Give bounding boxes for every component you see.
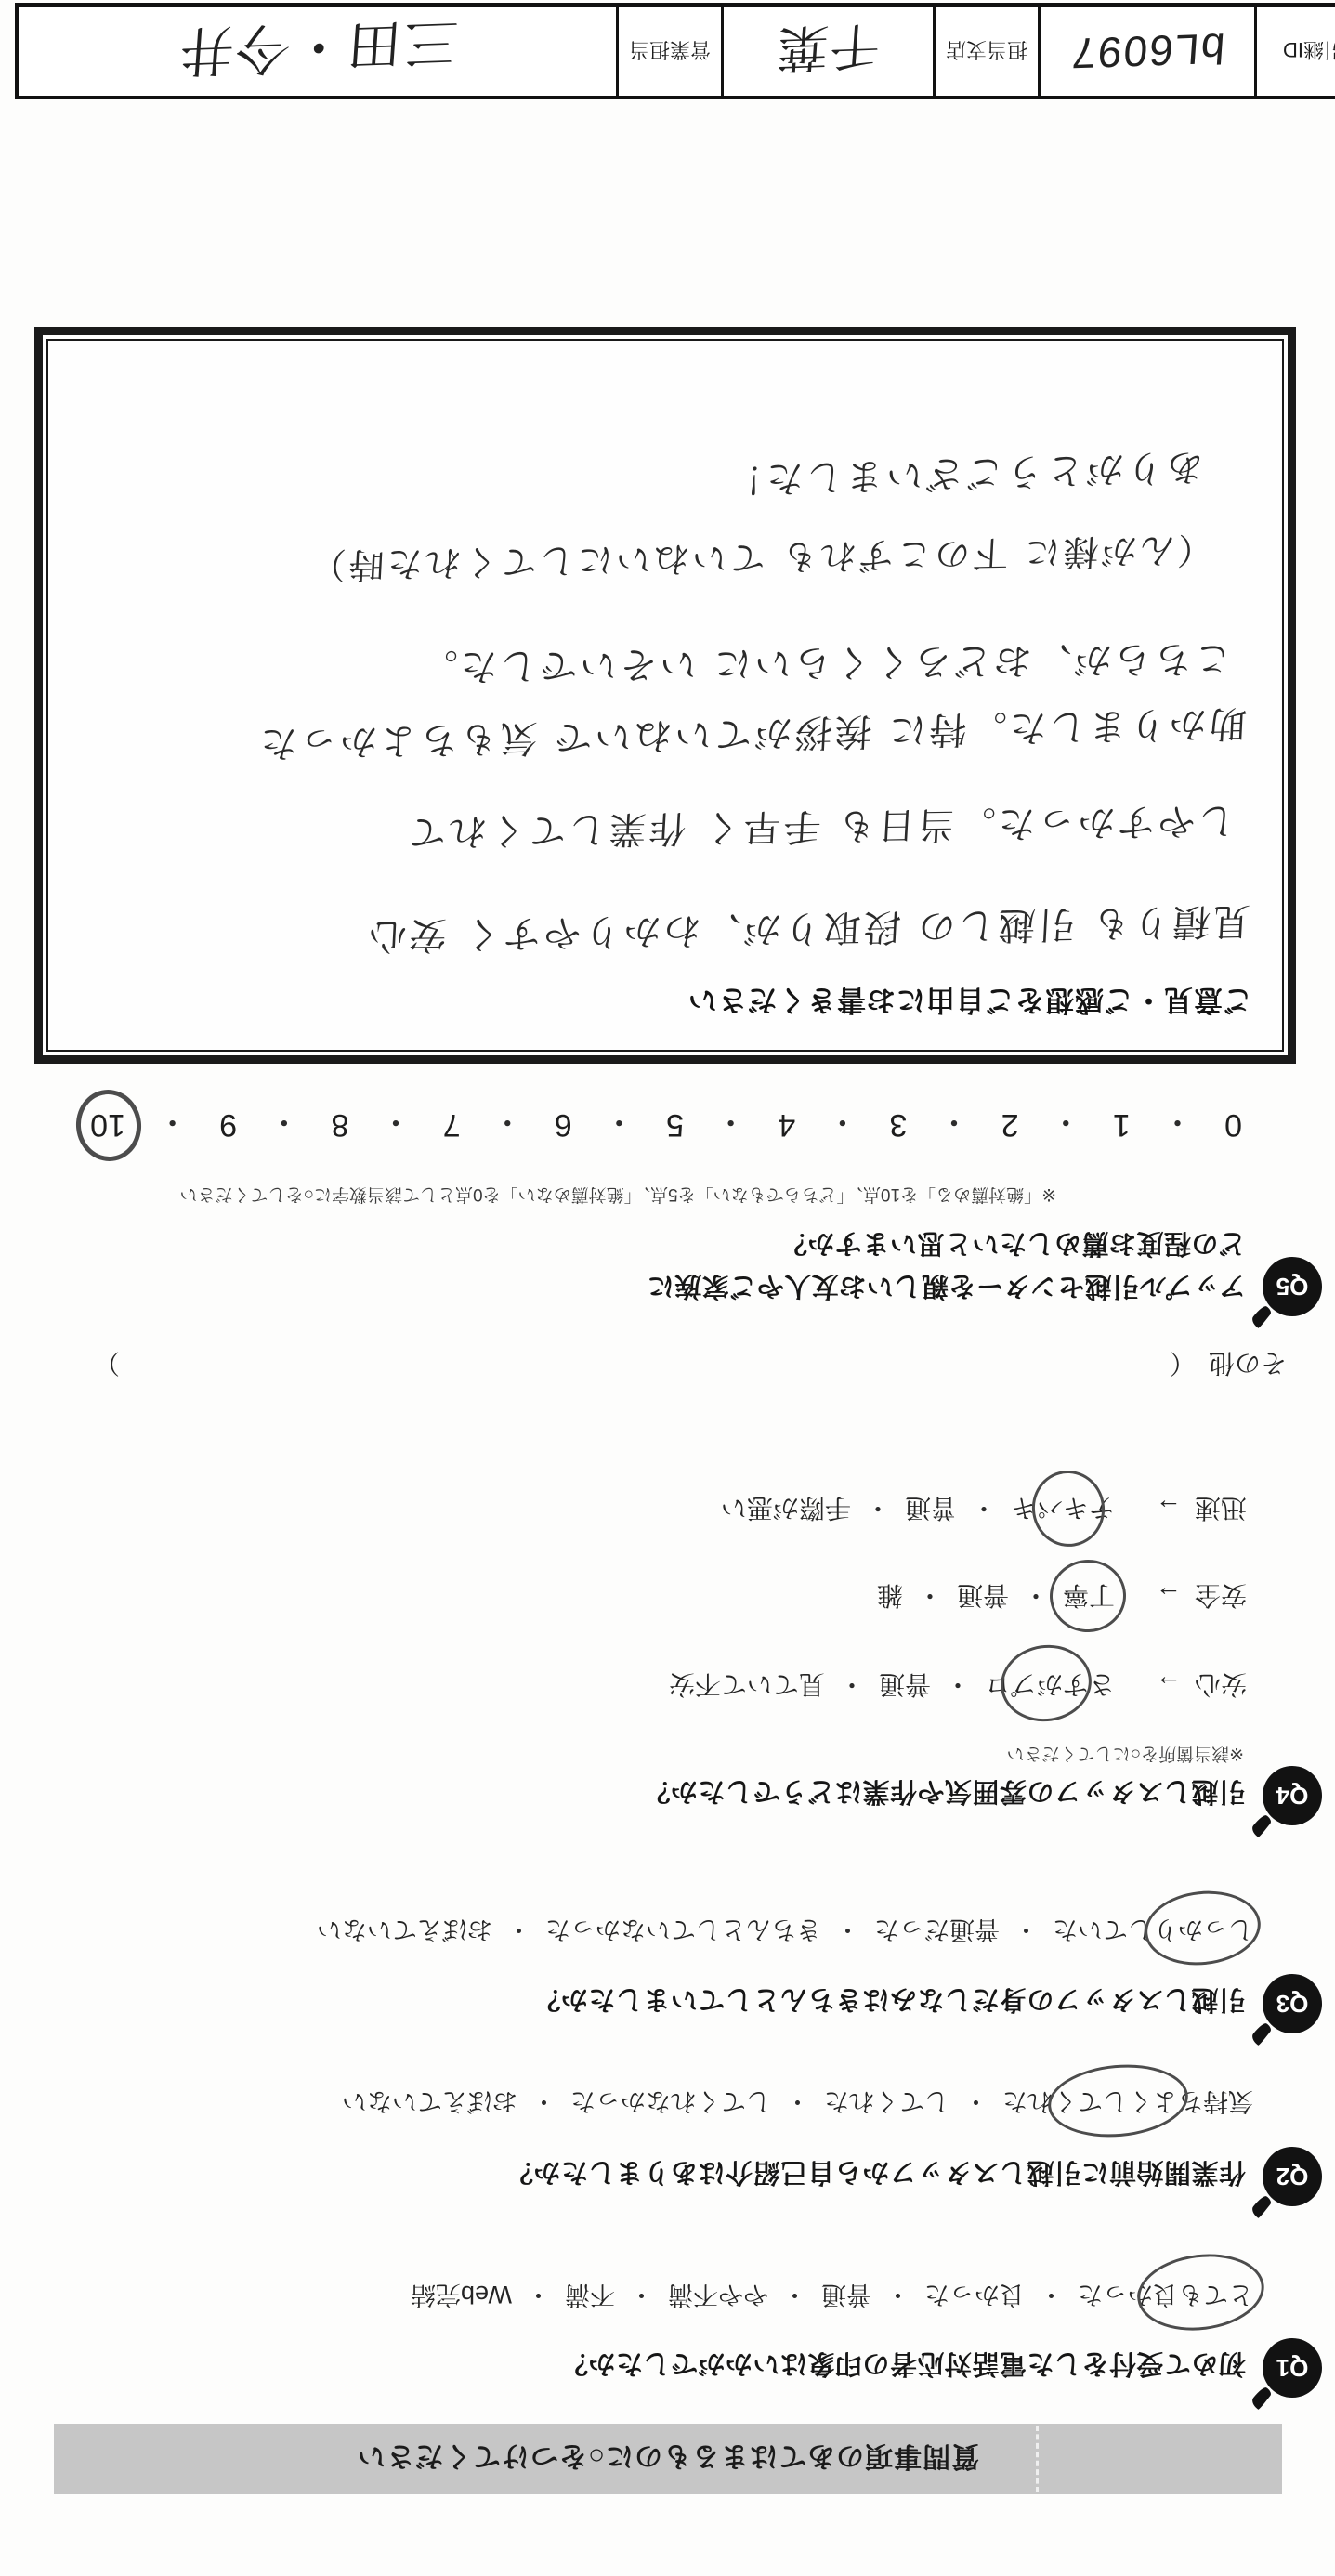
q5-question-line2: どの程度お薦めしたいと思いますか？ [779, 1226, 1246, 1264]
q1-question: 初めて受付をした電話対応者の印象はいかがでしたか？ [560, 2347, 1246, 2385]
q1-option: やや不満 [668, 2281, 768, 2308]
scale-separator: ・ [827, 1102, 858, 1147]
scale-separator: ・ [715, 1102, 747, 1147]
q1-badge-label: Q1 [1276, 2354, 1309, 2383]
option-separator: ・ [971, 1494, 997, 1523]
scale-value: 8 [331, 1106, 348, 1143]
option-separator: ・ [945, 1670, 971, 1699]
q1-option: 普通 [821, 2281, 871, 2308]
option-separator: ・ [839, 1670, 865, 1699]
q5-nps-scale: 0・1・2・3・4・5・6・7・8・9・10 [90, 1102, 1242, 1147]
instruction-bar: 質問事項のあてはまるものに○をつけてください [54, 2424, 1282, 2494]
instruction-text: 質問事項のあてはまるものに○をつけてください [357, 2439, 979, 2479]
q4-row-option: 普通 [957, 1581, 1009, 1610]
q4-row-label: 安全 [1195, 1581, 1247, 1610]
option-separator: ・ [1023, 1581, 1049, 1610]
option-separator: ・ [963, 2087, 988, 2115]
option-separator: ・ [782, 2281, 807, 2308]
q2-option: してくれた [824, 2087, 949, 2115]
q4-question: 引越しスタッフの雰囲気や作業はどうでしたか？ [643, 1774, 1246, 1812]
q4-row-label: 安心 [1195, 1670, 1247, 1699]
arrow-icon: → [1156, 1494, 1182, 1523]
handoff-value-id: bL6097 [1038, 7, 1254, 96]
q1-option: 不満 [565, 2281, 615, 2308]
q4-other-label: その他 [1209, 1349, 1287, 1378]
handoff-value-sales: 三田・今井 [19, 7, 616, 96]
option-separator: ・ [885, 2281, 910, 2308]
q2-badge: Q2 [1263, 2147, 1322, 2206]
perforation-dashed-line [1036, 2426, 1039, 2492]
q2-options: 気持ちよくしてくれた・してくれた・してくれなかった・おぼえていない [342, 2086, 1253, 2122]
q1-options: とても良かった・良かった・普通・やや不満・不満・Web完結 [411, 2279, 1253, 2315]
scale-separator: ・ [603, 1102, 635, 1147]
q4-row-option: 普通 [905, 1494, 957, 1523]
q2-option: おぼえていない [342, 2087, 517, 2115]
q4-row-option-circled: テキパキ [1011, 1491, 1115, 1528]
q1-badge: Q1 [1263, 2338, 1322, 2398]
scale-value: 9 [219, 1106, 237, 1143]
q4-badge: Q4 [1263, 1766, 1322, 1825]
q5-question-line1: アップル引越センターを親しいお友人やご家族に [647, 1269, 1246, 1307]
scale-separator: ・ [1161, 1102, 1193, 1147]
arrow-icon: → [1156, 1670, 1182, 1699]
q4-row-anzen: 安全→丁寧・普通・雑 [877, 1578, 1247, 1615]
q2-option: してくれなかった [570, 2087, 771, 2115]
q4-row-jinsoku: 迅速→テキパキ・普通・手際が悪い [721, 1491, 1247, 1528]
q3-option-circled: しっかりしていた [1053, 1914, 1253, 1950]
q3-options: しっかりしていた・普通だった・きちんとしていなかった・おぼえていない [317, 1914, 1253, 1950]
q2-question: 作業開始前に引越しスタッフから自己紹介はありましたか？ [505, 2155, 1246, 2193]
handwritten-comment-line: こちらが、おどろくくらいに いそいでした。 [415, 634, 1233, 696]
option-separator: ・ [1014, 1916, 1039, 1943]
scanned-survey-sheet: 質問事項のあてはまるものに○をつけてください Q1 初めて受付をした電話対応者の… [0, 0, 1335, 2576]
handoff-table: 引継ID bL6097 担当支店 千葉 営業担当 三田・今井 [15, 3, 1335, 99]
q3-badge: Q3 [1263, 1974, 1322, 2033]
handoff-value-branch: 千葉 [721, 7, 933, 96]
arrow-icon: → [1156, 1581, 1182, 1610]
q5-badge-label: Q5 [1276, 1273, 1309, 1301]
q4-row-option: 手際が悪い [721, 1494, 851, 1523]
q5-badge: Q5 [1263, 1257, 1322, 1316]
q4-row-anshin: 安心→さすがプロ・普通・見ていて不安 [669, 1667, 1247, 1705]
q3-badge-label: Q3 [1276, 1990, 1309, 2019]
q1-option-circled: とても良かった [1078, 2279, 1253, 2315]
option-separator: ・ [506, 1916, 531, 1943]
option-separator: ・ [1039, 2281, 1064, 2308]
q4-note: ※該当箇所を○にしてください [1007, 1743, 1244, 1768]
q5-note: ※「絶対薦める」を10点、「どちらでもない」を5点、「絶対薦めない」を0点として… [180, 1183, 1056, 1209]
option-separator: ・ [917, 1581, 943, 1610]
q4-row-option: 見ていて不安 [669, 1670, 825, 1699]
handoff-label-branch: 担当支店 [933, 7, 1038, 96]
option-separator: ・ [531, 2087, 556, 2115]
comment-box-header: ご意見・ご感想をご自由にお書きください [687, 982, 1252, 1024]
option-separator: ・ [865, 1494, 891, 1523]
q4-badge-label: Q4 [1276, 1782, 1309, 1811]
option-separator: ・ [629, 2281, 654, 2308]
q3-option: 普通だった [874, 1916, 1000, 1943]
scale-separator: ・ [938, 1102, 970, 1147]
q1-option: 良かった [924, 2281, 1025, 2308]
scale-value: 1 [1113, 1106, 1131, 1143]
q4-row-label: 迅速 [1195, 1494, 1247, 1523]
q4-row-option: 雑 [877, 1581, 903, 1610]
scale-separator: ・ [491, 1102, 523, 1147]
q4-row-option: 普通 [879, 1670, 931, 1699]
q3-option: おぼえていない [317, 1916, 492, 1943]
option-separator: ・ [526, 2281, 551, 2308]
scale-value-circled: 10 [90, 1106, 125, 1143]
handoff-label-sales: 営業担当 [616, 7, 721, 96]
q2-badge-label: Q2 [1276, 2163, 1309, 2191]
option-separator: ・ [785, 2087, 810, 2115]
scale-separator: ・ [157, 1102, 189, 1147]
scale-separator: ・ [1050, 1102, 1081, 1147]
scale-separator: ・ [268, 1102, 300, 1147]
q2-option-circled: 気持ちよくしてくれた [1002, 2086, 1253, 2122]
handoff-label-id: 引継ID [1254, 7, 1335, 96]
q1-option: Web完結 [411, 2281, 512, 2308]
paren-close: ） [94, 1349, 120, 1378]
q4-row-option-circled: 丁寧 [1063, 1578, 1115, 1615]
scale-separator: ・ [380, 1102, 412, 1147]
paren-open: （ [1170, 1349, 1196, 1378]
q3-option: きちんとしていなかった [545, 1916, 821, 1943]
scale-value: 7 [443, 1106, 461, 1143]
q4-row-option-circled: さすがプロ [985, 1667, 1115, 1705]
scale-value: 3 [889, 1106, 907, 1143]
scale-value: 5 [666, 1106, 684, 1143]
option-separator: ・ [835, 1916, 860, 1943]
q3-question: 引越しスタッフの身だしなみはきちんとしていましたか？ [533, 1982, 1246, 2020]
q4-other-row: その他（） [94, 1346, 1287, 1383]
scale-value: 6 [555, 1106, 572, 1143]
scale-value: 2 [1001, 1106, 1019, 1143]
scale-value: 0 [1224, 1106, 1242, 1143]
scale-value: 4 [778, 1106, 795, 1143]
